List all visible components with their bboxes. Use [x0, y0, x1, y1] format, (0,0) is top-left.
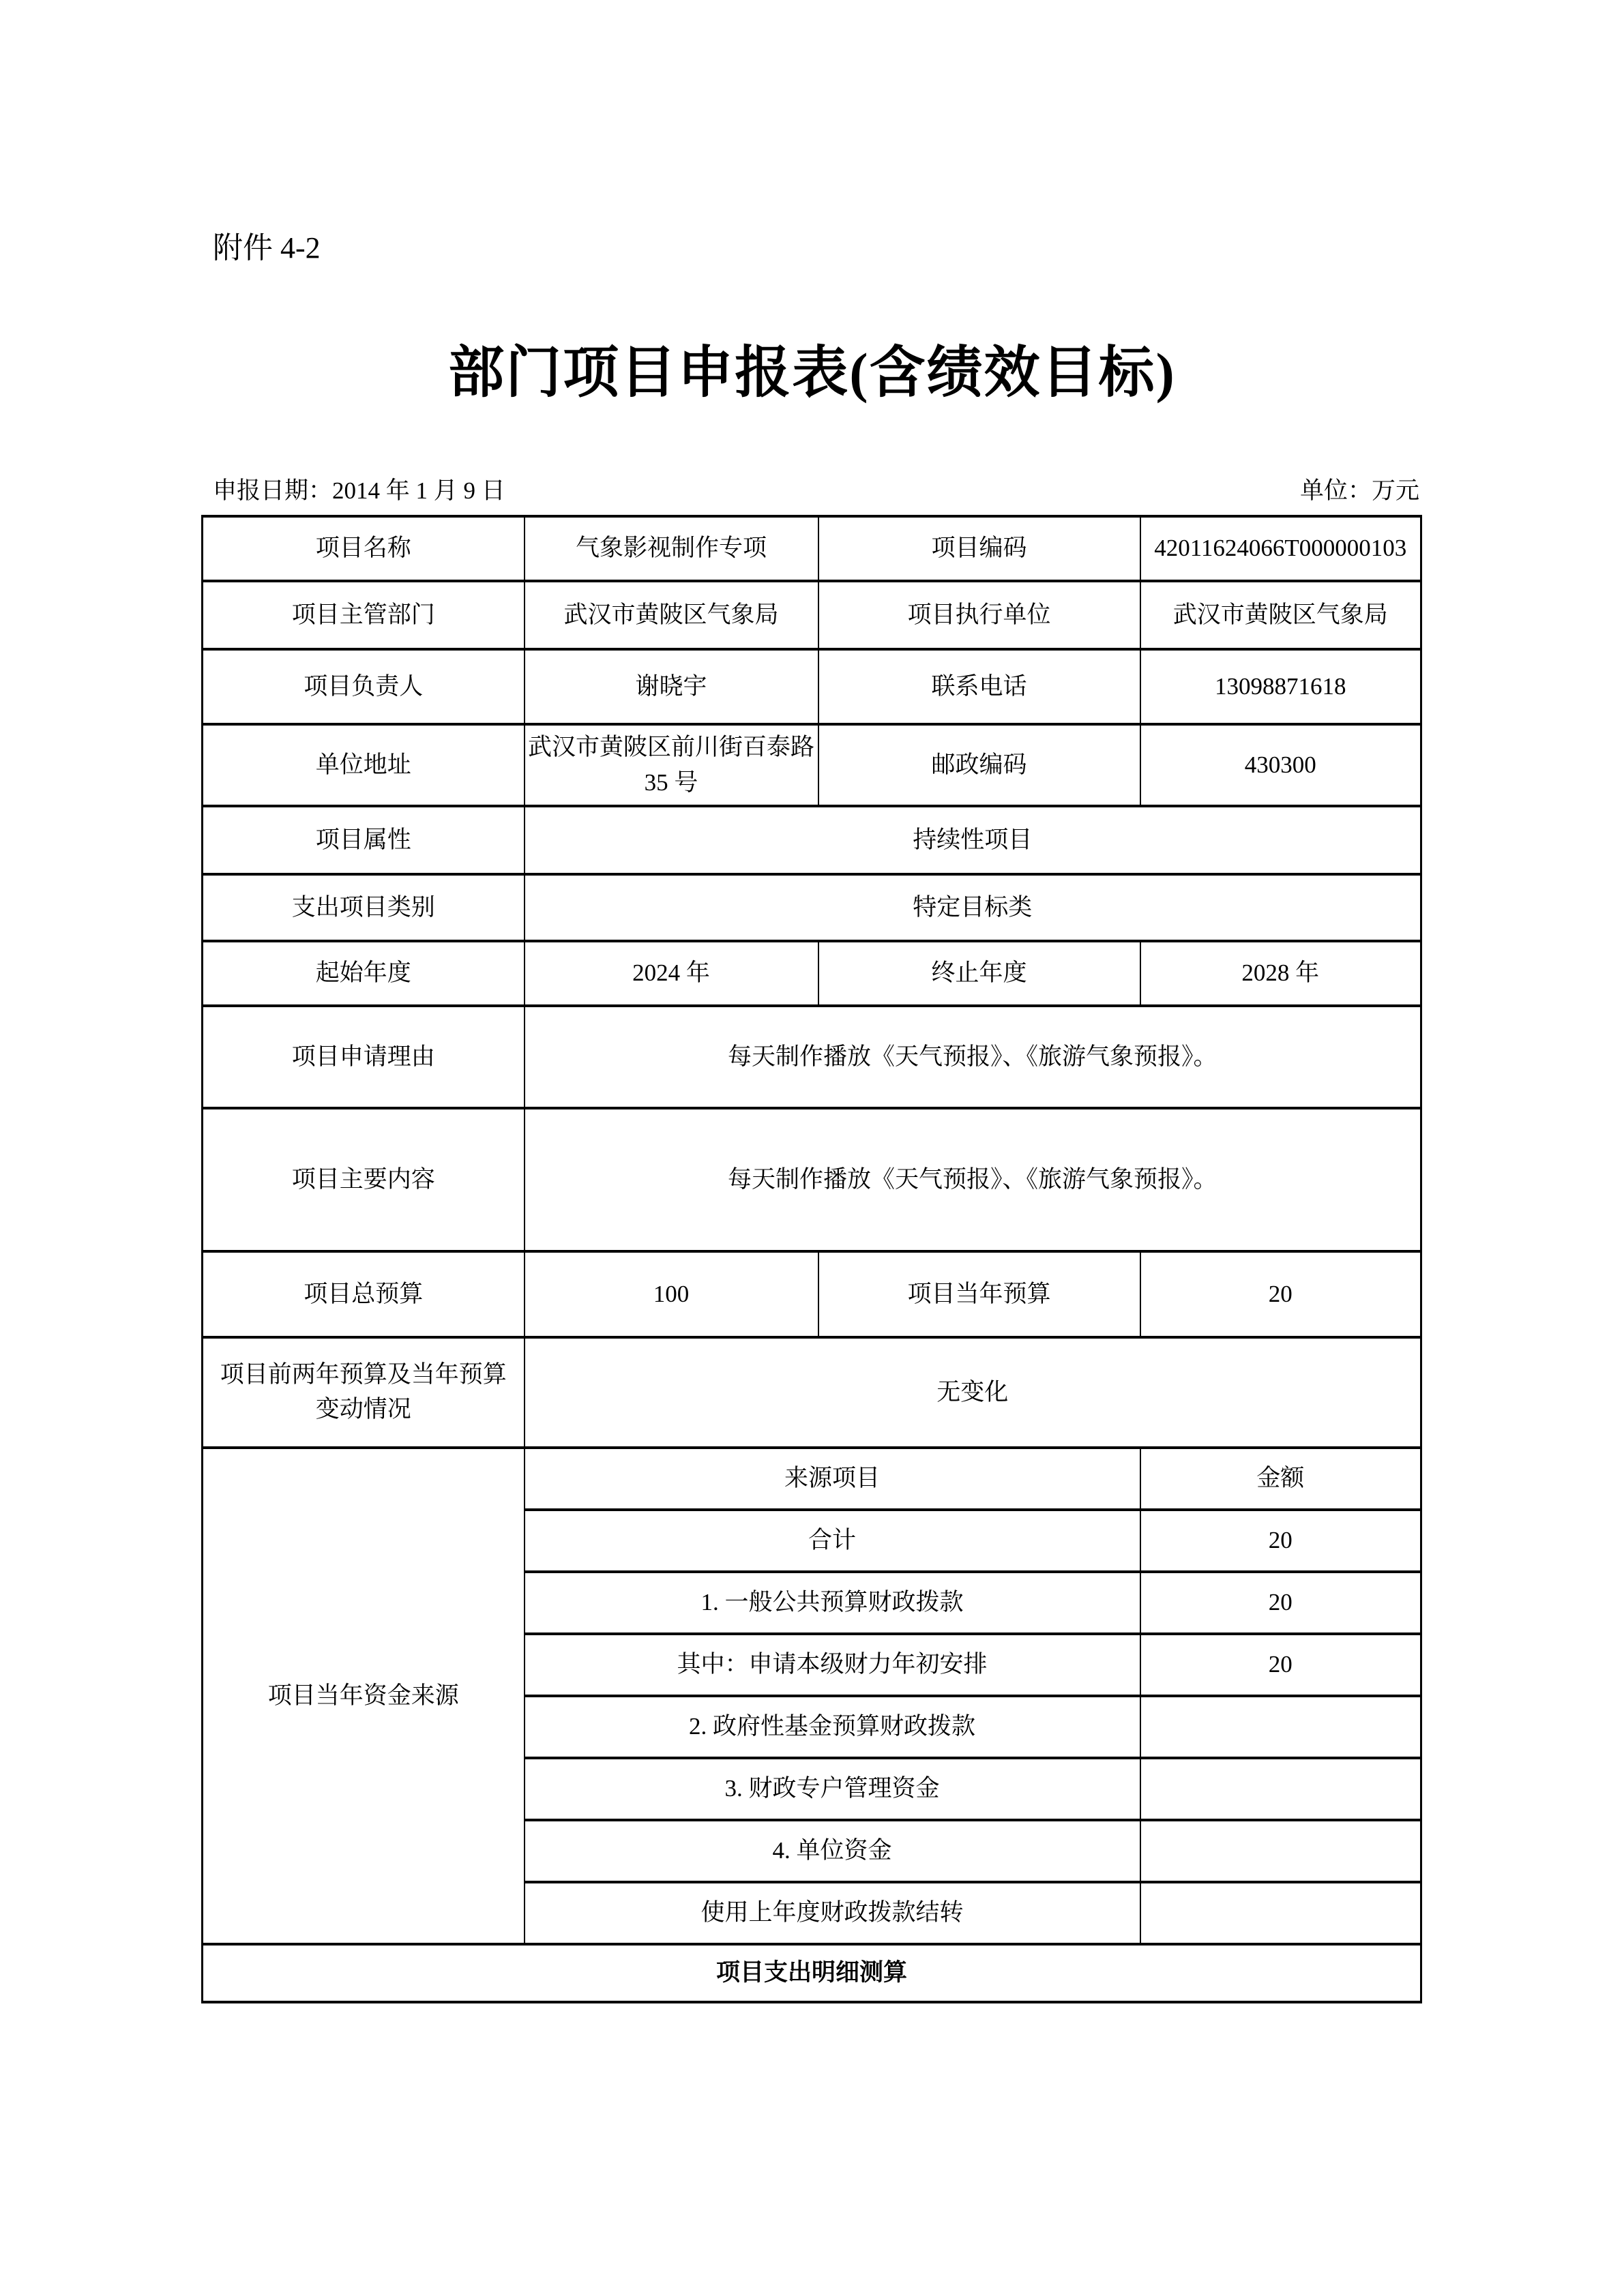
phone-value-cell: 13098871618 — [1140, 649, 1421, 724]
dept-value-cell: 武汉市黄陂区气象局 — [525, 581, 818, 649]
content-label-cell: 项目主要内容 — [203, 1108, 525, 1251]
category-value-cell: 特定目标类 — [525, 874, 1421, 941]
attachment-label: 附件 4-2 — [213, 230, 321, 267]
project-code-value-cell: 42011624066T000000103 — [1140, 516, 1421, 581]
funding-public-budget-name-cell: 1. 一般公共预算财政拨款 — [525, 1572, 1140, 1634]
end-year-label-cell: 终止年度 — [818, 941, 1140, 1006]
row-funding-header: 项目当年资金来源 来源项目 金额 — [203, 1448, 1421, 1510]
row-reason: 项目申请理由 每天制作播放《天气预报》、《旅游气象预报》。 — [203, 1006, 1421, 1108]
content-value-cell: 每天制作播放《天气预报》、《旅游气象预报》。 — [525, 1108, 1421, 1251]
funding-carryover-amount-cell — [1140, 1882, 1421, 1944]
row-budget: 项目总预算 100 项目当年预算 20 — [203, 1251, 1421, 1337]
total-budget-label-cell: 项目总预算 — [203, 1251, 525, 1337]
page-title: 部门项目申报表(含绩效目标) — [0, 338, 1624, 408]
funding-total-amount-cell: 20 — [1140, 1510, 1421, 1572]
funding-gov-fund-name-cell: 2. 政府性基金预算财政拨款 — [525, 1696, 1140, 1758]
row-footer: 项目支出明细测算 — [203, 1944, 1421, 2002]
funding-special-account-amount-cell — [1140, 1758, 1421, 1820]
footer-title-cell: 项目支出明细测算 — [203, 1944, 1421, 2002]
attribute-value-cell: 持续性项目 — [525, 806, 1421, 874]
project-name-value-cell: 气象影视制作专项 — [525, 516, 818, 581]
total-budget-value-cell: 100 — [525, 1251, 818, 1337]
category-label-cell: 支出项目类别 — [203, 874, 525, 941]
year-budget-value-cell: 20 — [1140, 1251, 1421, 1337]
address-value-cell: 武汉市黄陂区前川街百泰路 35 号 — [525, 724, 818, 806]
leader-label-cell: 项目负责人 — [203, 649, 525, 724]
funding-local-arrangement-amount-cell: 20 — [1140, 1634, 1421, 1696]
exec-unit-value-cell: 武汉市黄陂区气象局 — [1140, 581, 1421, 649]
funding-carryover-name-cell: 使用上年度财政拨款结转 — [525, 1882, 1140, 1944]
year-budget-label-cell: 项目当年预算 — [818, 1251, 1140, 1337]
postcode-value-cell: 430300 — [1140, 724, 1421, 806]
row-years: 起始年度 2024 年 终止年度 2028 年 — [203, 941, 1421, 1006]
exec-unit-label-cell: 项目执行单位 — [818, 581, 1140, 649]
postcode-label-cell: 邮政编码 — [818, 724, 1140, 806]
document-page: 附件 4-2 部门项目申报表(含绩效目标) 申报日期：2014 年 1 月 9 … — [0, 0, 1624, 2296]
funding-label-cell: 项目当年资金来源 — [203, 1448, 525, 1944]
funding-unit-fund-amount-cell — [1140, 1820, 1421, 1882]
row-attribute: 项目属性 持续性项目 — [203, 806, 1421, 874]
project-code-label-cell: 项目编码 — [818, 516, 1140, 581]
end-year-value-cell: 2028 年 — [1140, 941, 1421, 1006]
prev-budget-value-cell: 无变化 — [525, 1337, 1421, 1448]
project-name-label-cell: 项目名称 — [203, 516, 525, 581]
row-category: 支出项目类别 特定目标类 — [203, 874, 1421, 941]
leader-value-cell: 谢晓宇 — [525, 649, 818, 724]
start-year-label-cell: 起始年度 — [203, 941, 525, 1006]
unit-label: 单位：万元 — [1300, 472, 1419, 506]
address-label-cell: 单位地址 — [203, 724, 525, 806]
funding-amount-header-cell: 金额 — [1140, 1448, 1421, 1510]
funding-total-name-cell: 合计 — [525, 1510, 1140, 1572]
row-content: 项目主要内容 每天制作播放《天气预报》、《旅游气象预报》。 — [203, 1108, 1421, 1251]
application-form-table: 项目名称 气象影视制作专项 项目编码 42011624066T000000103… — [201, 515, 1422, 2003]
funding-local-arrangement-name-cell: 其中：申请本级财力年初安排 — [525, 1634, 1140, 1696]
row-project-name: 项目名称 气象影视制作专项 项目编码 42011624066T000000103 — [203, 516, 1421, 581]
funding-special-account-name-cell: 3. 财政专户管理资金 — [525, 1758, 1140, 1820]
phone-label-cell: 联系电话 — [818, 649, 1140, 724]
funding-source-header-cell: 来源项目 — [525, 1448, 1140, 1510]
row-address: 单位地址 武汉市黄陂区前川街百泰路 35 号 邮政编码 430300 — [203, 724, 1421, 806]
dept-label-cell: 项目主管部门 — [203, 581, 525, 649]
funding-unit-fund-name-cell: 4. 单位资金 — [525, 1820, 1140, 1882]
prev-budget-label-cell: 项目前两年预算及当年预算变动情况 — [203, 1337, 525, 1448]
start-year-value-cell: 2024 年 — [525, 941, 818, 1006]
reason-value-cell: 每天制作播放《天气预报》、《旅游气象预报》。 — [525, 1006, 1421, 1108]
meta-row: 申报日期：2014 年 1 月 9 日 单位：万元 — [213, 472, 1419, 506]
row-leader: 项目负责人 谢晓宇 联系电话 13098871618 — [203, 649, 1421, 724]
reason-label-cell: 项目申请理由 — [203, 1006, 525, 1108]
funding-gov-fund-amount-cell — [1140, 1696, 1421, 1758]
report-date: 申报日期：2014 年 1 月 9 日 — [213, 472, 505, 506]
funding-public-budget-amount-cell: 20 — [1140, 1572, 1421, 1634]
row-dept: 项目主管部门 武汉市黄陂区气象局 项目执行单位 武汉市黄陂区气象局 — [203, 581, 1421, 649]
attribute-label-cell: 项目属性 — [203, 806, 525, 874]
row-prev-budget: 项目前两年预算及当年预算变动情况 无变化 — [203, 1337, 1421, 1448]
